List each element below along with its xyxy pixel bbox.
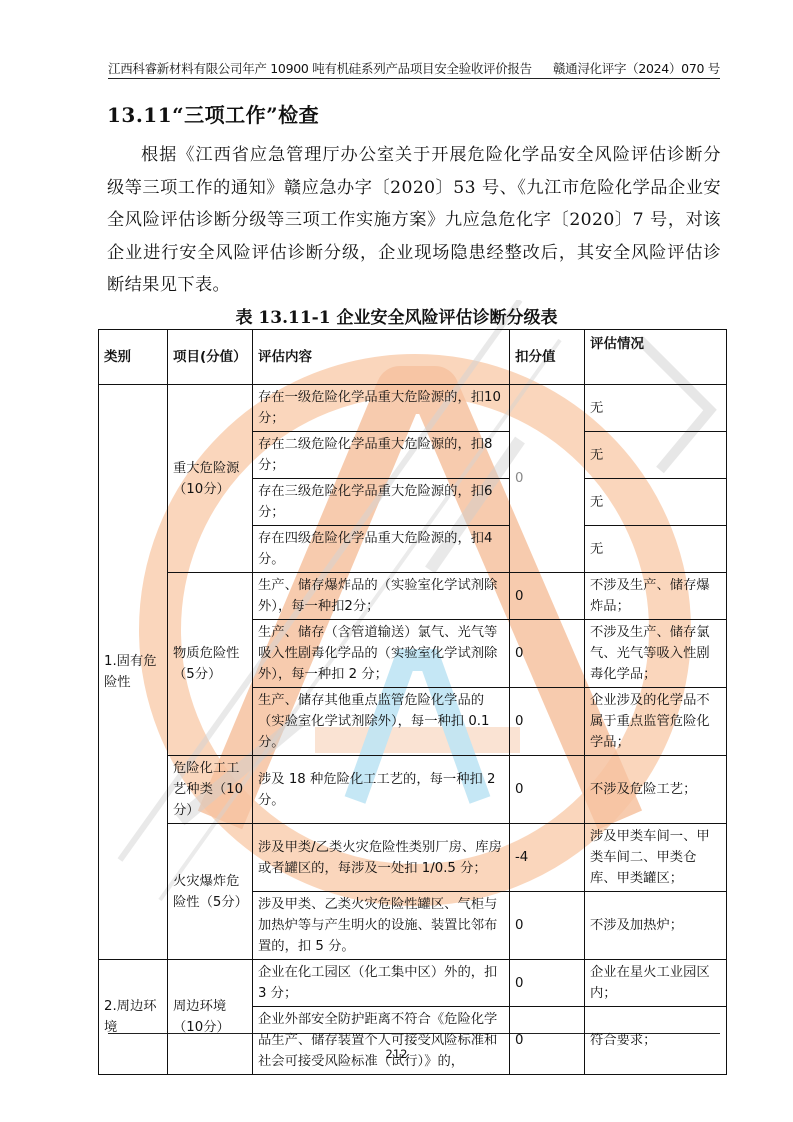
page-header: 江西科睿新材料有限公司年产 10900 吨有机硅系列产品项目安全验收评价报告 赣… bbox=[108, 60, 720, 79]
content-cell: 企业在化工园区（化工集中区）外的，扣 3 分； bbox=[253, 960, 510, 1007]
deduction-cell: 0 bbox=[510, 688, 585, 756]
intro-paragraph: 根据《江西省应急管理厅办公室关于开展危险化学品安全风险评估诊断分级等三项工作的通… bbox=[107, 139, 721, 302]
item-cell: 物质危险性（5分） bbox=[168, 573, 253, 756]
deduction-cell: -4 bbox=[510, 824, 585, 892]
header-category: 类别 bbox=[99, 330, 168, 385]
deduction-cell: 0 bbox=[510, 385, 585, 573]
item-cell: 重大危险源（10分） bbox=[168, 385, 253, 573]
result-cell: 不涉及生产、储存爆炸品； bbox=[585, 573, 727, 620]
content-cell: 存在二级危险化学品重大危险源的，扣8分； bbox=[253, 432, 510, 479]
result-cell: 无 bbox=[585, 432, 727, 479]
category-cell: 1.固有危险性 bbox=[99, 385, 168, 960]
table-header-row: 类别 项目(分值） 评估内容 扣分值 评估情况 bbox=[99, 330, 727, 385]
deduction-cell: 0 bbox=[510, 573, 585, 620]
content-cell: 涉及甲类/乙类火灾危险性类别厂房、库房或者罐区的，每涉及一处扣 1/0.5 分； bbox=[253, 824, 510, 892]
result-cell: 不涉及危险工艺； bbox=[585, 756, 727, 824]
deduction-cell: 0 bbox=[510, 960, 585, 1007]
deduction-cell: 0 bbox=[510, 620, 585, 688]
table-row: 危险化工工艺种类（10分） 涉及 18 种危险化工工艺的，每一种扣 2 分。 0… bbox=[99, 756, 727, 824]
deduction-cell: 0 bbox=[510, 756, 585, 824]
header-result: 评估情况 bbox=[585, 330, 727, 385]
result-cell: 无 bbox=[585, 479, 727, 526]
document-number: 赣通浔化评字（2024）070 号 bbox=[553, 59, 720, 78]
category-cell: 2.周边环境 bbox=[99, 960, 168, 1075]
item-cell: 火灾爆炸危险性（5分） bbox=[168, 824, 253, 960]
header-deduction: 扣分值 bbox=[510, 330, 585, 385]
result-cell: 企业在星火工业园区内； bbox=[585, 960, 727, 1007]
result-cell: 无 bbox=[585, 385, 727, 432]
risk-assessment-table: 类别 项目(分值） 评估内容 扣分值 评估情况 1.固有危险性 重大危险源（10… bbox=[98, 329, 727, 1075]
content-cell: 企业外部安全防护距离不符合《危险化学品生产、储存装置个人可接受风险标准和社会可接… bbox=[253, 1007, 510, 1075]
table-row: 物质危险性（5分） 生产、储存爆炸品的（实验室化学试剂除外），每一种扣2分； 0… bbox=[99, 573, 727, 620]
content-cell: 存在四级危险化学品重大危险源的，扣4分。 bbox=[253, 526, 510, 573]
table-row: 2.周边环境 周边环境（10分） 企业在化工园区（化工集中区）外的，扣 3 分；… bbox=[99, 960, 727, 1007]
item-cell: 周边环境（10分） bbox=[168, 960, 253, 1075]
header-item: 项目(分值） bbox=[168, 330, 253, 385]
content-cell: 涉及 18 种危险化工工艺的，每一种扣 2 分。 bbox=[253, 756, 510, 824]
item-cell: 危险化工工艺种类（10分） bbox=[168, 756, 253, 824]
content-cell: 存在三级危险化学品重大危险源的，扣6分； bbox=[253, 479, 510, 526]
deduction-cell: 0 bbox=[510, 892, 585, 960]
content-cell: 存在一级危险化学品重大危险源的，扣10分； bbox=[253, 385, 510, 432]
result-cell: 涉及甲类车间一、甲类车间二、甲类仓库、甲类罐区； bbox=[585, 824, 727, 892]
section-title: 13.11“三项工作”检查 bbox=[107, 99, 319, 128]
result-cell: 不涉及加热炉； bbox=[585, 892, 727, 960]
table-row: 1.固有危险性 重大危险源（10分） 存在一级危险化学品重大危险源的，扣10分；… bbox=[99, 385, 727, 432]
header-content: 评估内容 bbox=[253, 330, 510, 385]
report-title: 江西科睿新材料有限公司年产 10900 吨有机硅系列产品项目安全验收评价报告 bbox=[108, 59, 532, 78]
table-row: 火灾爆炸危险性（5分） 涉及甲类/乙类火灾危险性类别厂房、库房或者罐区的，每涉及… bbox=[99, 824, 727, 892]
content-cell: 生产、储存爆炸品的（实验室化学试剂除外），每一种扣2分； bbox=[253, 573, 510, 620]
content-cell: 涉及甲类、乙类火灾危险性罐区、气柜与加热炉等与产生明火的设施、装置比邻布置的，扣… bbox=[253, 892, 510, 960]
result-cell: 企业涉及的化学品不属于重点监管危险化学品； bbox=[585, 688, 727, 756]
result-cell: 无 bbox=[585, 526, 727, 573]
result-cell: 符合要求； bbox=[585, 1007, 727, 1075]
content-cell: 生产、储存其他重点监管危险化学品的（实验室化学试剂除外），每一种扣 0.1 分。 bbox=[253, 688, 510, 756]
deduction-cell: 0 bbox=[510, 1007, 585, 1075]
result-cell: 不涉及生产、储存氯气、光气等吸入性剧毒化学品； bbox=[585, 620, 727, 688]
table-caption: 表 13.11-1 企业安全风险评估诊断分级表 bbox=[0, 303, 793, 328]
content-cell: 生产、储存（含管道输送）氯气、光气等吸入性剧毒化学品的（实验室化学试剂除外），每… bbox=[253, 620, 510, 688]
